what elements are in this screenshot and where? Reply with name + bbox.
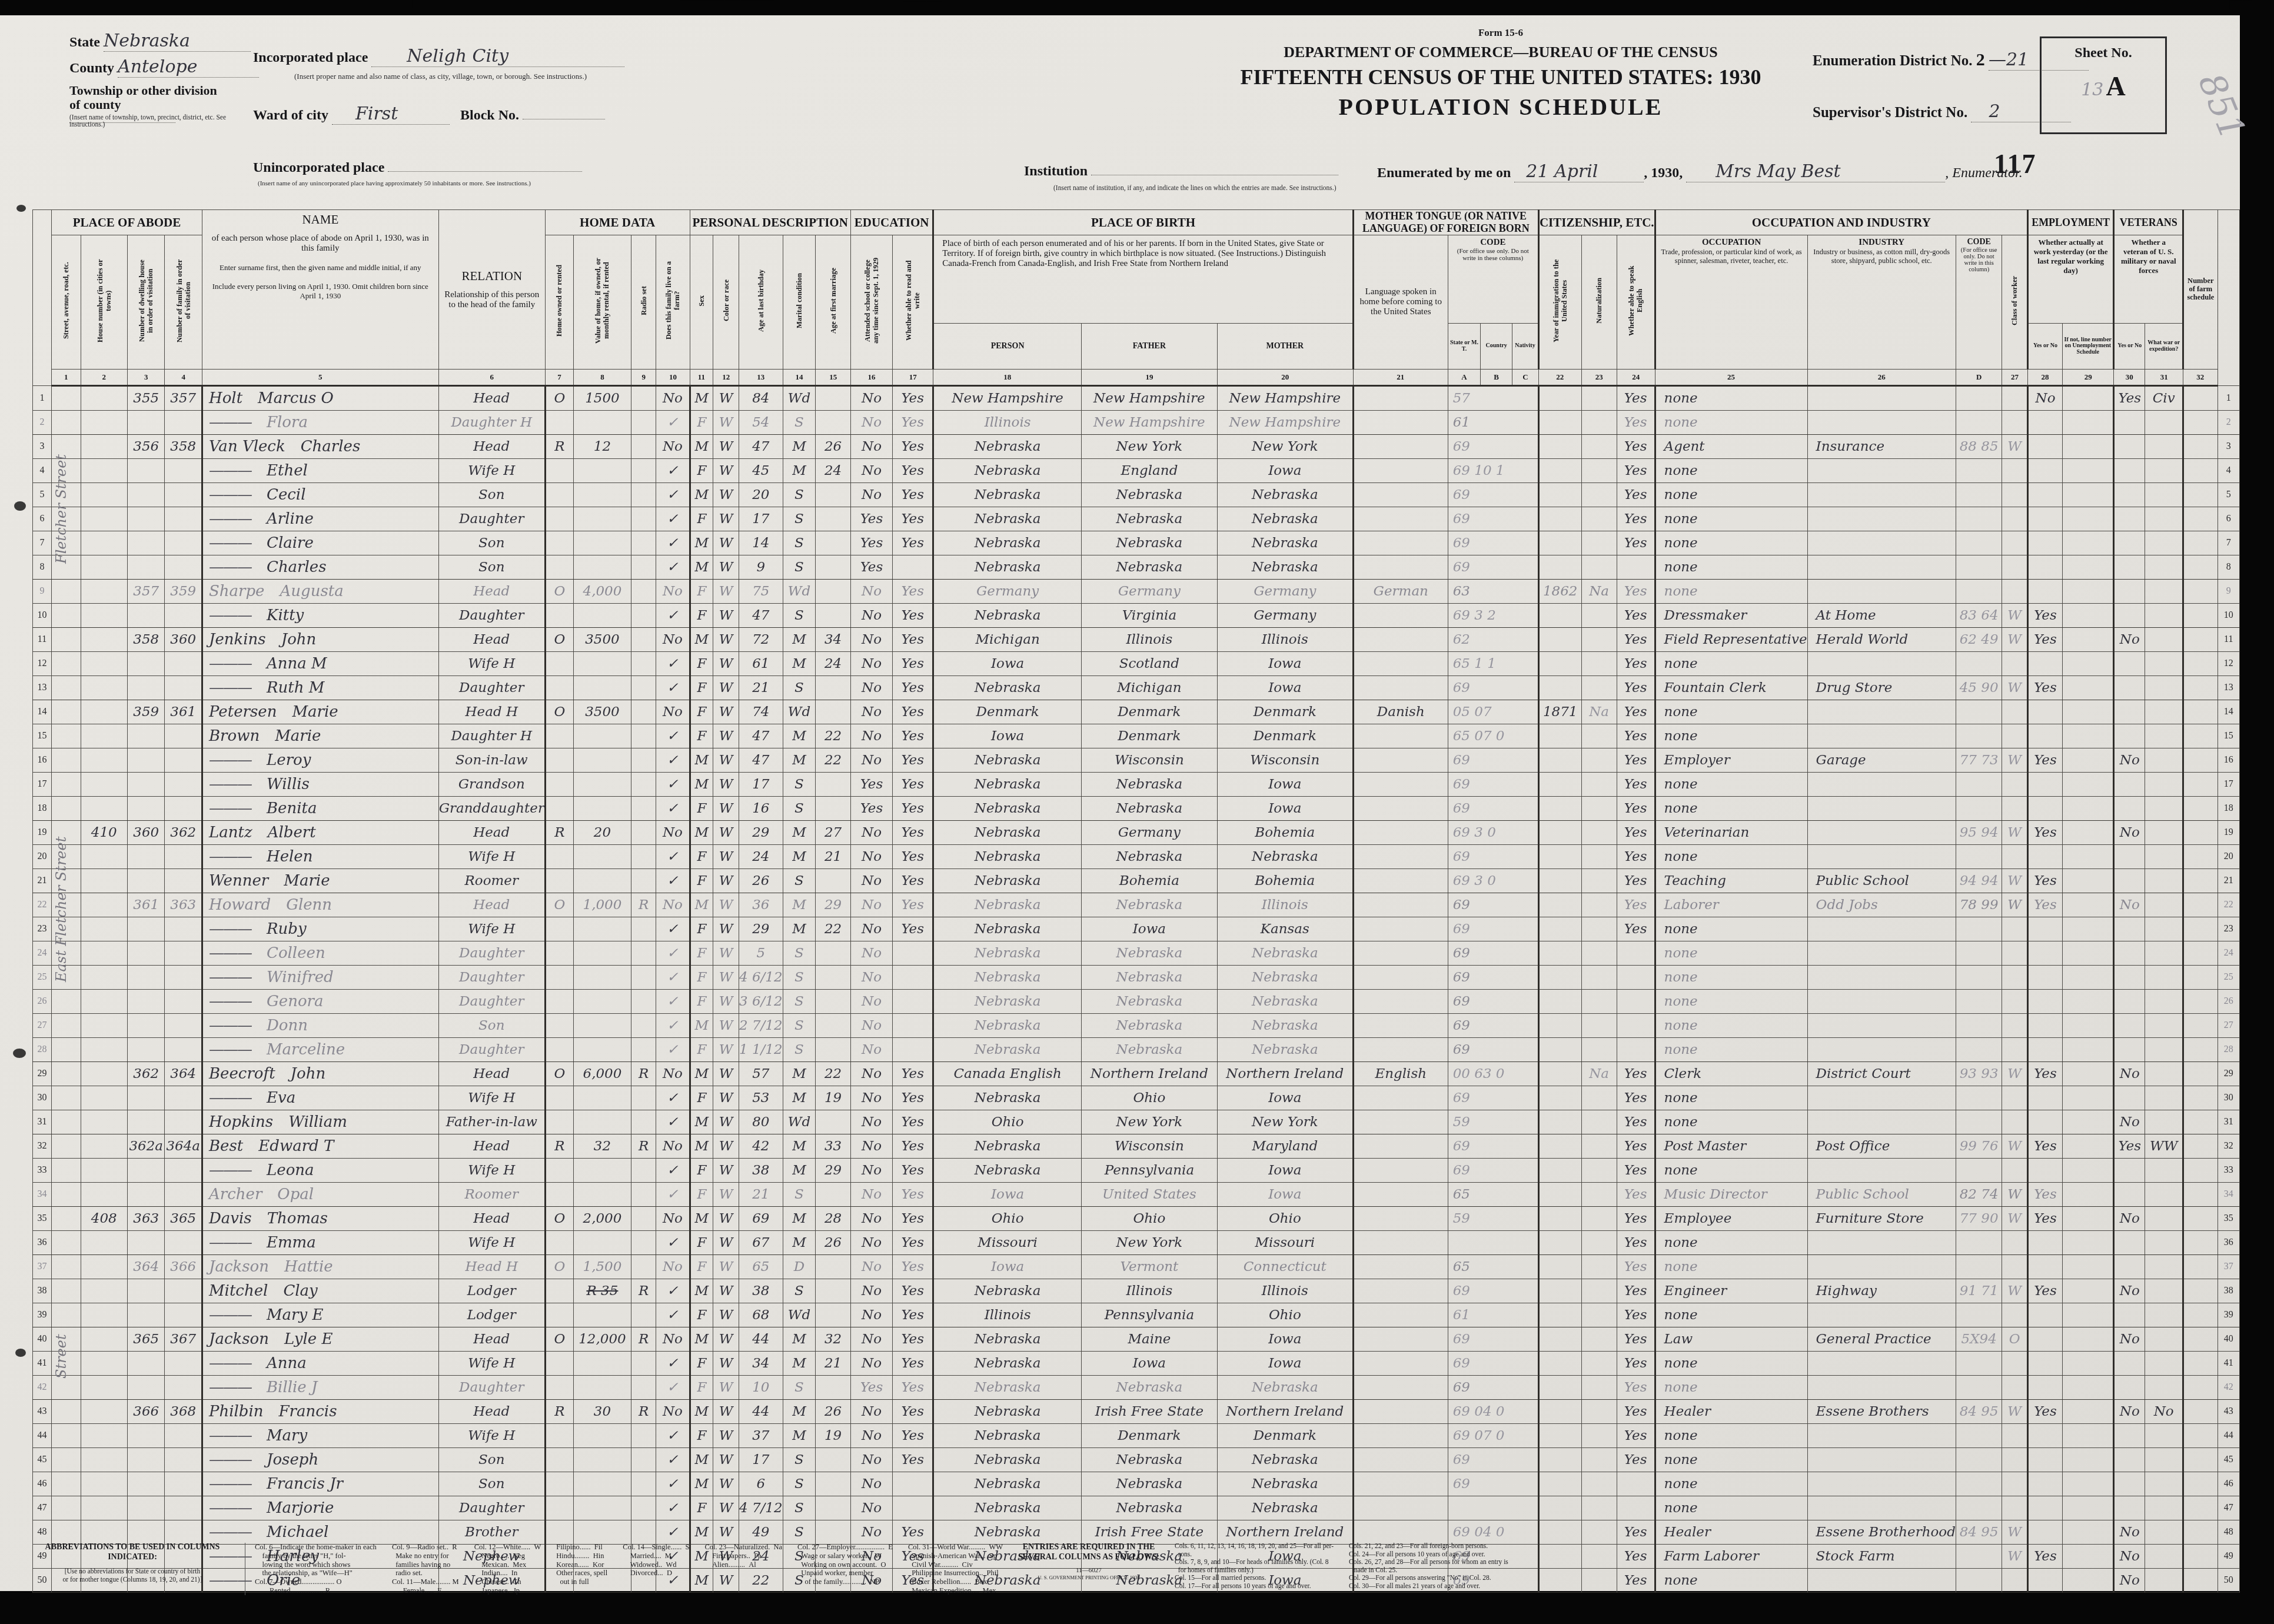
paper: State Nebraska County Antelope Township … bbox=[0, 15, 2240, 1591]
naturalization-cell bbox=[1581, 1014, 1617, 1038]
farm-schedule-cell bbox=[2183, 1303, 2218, 1327]
industry-cell: Furniture Store bbox=[1807, 1207, 1956, 1231]
sex-cell: F bbox=[690, 1255, 713, 1279]
sex-cell: M bbox=[690, 555, 713, 580]
table-header: PLACE OF ABODE NAME of each person whose… bbox=[33, 210, 2240, 386]
school-cell: No bbox=[850, 869, 892, 893]
owned-rented-cell bbox=[545, 1231, 573, 1255]
owned-rented-cell: R bbox=[545, 1134, 573, 1159]
school-cell: Yes bbox=[850, 1376, 892, 1400]
radio-cell bbox=[631, 604, 656, 628]
at-work-cell bbox=[2027, 1303, 2062, 1327]
name-cell: ———Leona bbox=[202, 1159, 438, 1183]
dwelling-cell bbox=[128, 652, 165, 676]
dwelling-cell bbox=[128, 1352, 165, 1376]
home-value-cell bbox=[574, 966, 631, 990]
table-row: 24———ColleenDaughter✓FW5SNoNebraskaNebra… bbox=[33, 941, 2240, 966]
table-row: 34ArcherOpalRoomer✓FW21SNoYesIowaUnited … bbox=[33, 1183, 2240, 1207]
occupation-cell: Engineer bbox=[1655, 1279, 1807, 1303]
mother-tongue-cell bbox=[1353, 604, 1448, 628]
farm-schedule-cell bbox=[2183, 773, 2218, 797]
line-number: 44 bbox=[33, 1424, 52, 1448]
owned-rented-cell bbox=[545, 555, 573, 580]
at-work-cell bbox=[2027, 1424, 2062, 1448]
table-row: 26———GenoraDaughter✓FW3 6/12SNoNebraskaN… bbox=[33, 990, 2240, 1014]
dwelling-cell bbox=[128, 411, 165, 435]
line-number: 11 bbox=[33, 628, 52, 652]
birthplace-person-cell: Nebraska bbox=[933, 966, 1082, 990]
birthplace-mother-cell: Iowa bbox=[1217, 1159, 1353, 1183]
table-row: 5———CecilSon✓MW20SNoYesNebraskaNebraskaN… bbox=[33, 483, 2240, 507]
birthplace-father-cell: Germany bbox=[1081, 821, 1217, 845]
line-number: 25 bbox=[33, 966, 52, 990]
birthplace-father-cell: Nebraska bbox=[1081, 1014, 1217, 1038]
veteran-cell bbox=[2114, 1038, 2145, 1062]
birthplace-mother-cell: Nebraska bbox=[1217, 990, 1353, 1014]
mother-tongue-cell bbox=[1353, 1520, 1448, 1545]
owned-rented-cell bbox=[545, 1159, 573, 1183]
class-of-worker-cell bbox=[2002, 459, 2028, 483]
office-code-cell: 65 07 0 bbox=[1448, 724, 1538, 748]
dwelling-cell: 361 bbox=[128, 893, 165, 917]
group-employment: EMPLOYMENT bbox=[2027, 210, 2114, 235]
naturalization-cell bbox=[1581, 1448, 1617, 1472]
birthplace-father-cell: Nebraska bbox=[1081, 941, 1217, 966]
office-code-cell: 69 bbox=[1448, 1376, 1538, 1400]
col-dwelling-number: Number of dwelling house in order of vis… bbox=[128, 235, 165, 370]
age-married-cell bbox=[816, 676, 851, 700]
supervisor-district-field: Supervisor's District No. 2 bbox=[1813, 101, 2071, 122]
naturalization-cell bbox=[1581, 1231, 1617, 1255]
occupation-cell: none bbox=[1655, 386, 1807, 411]
class-of-worker-cell bbox=[2002, 1472, 2028, 1496]
relation-cell: Daughter bbox=[438, 1038, 545, 1062]
war-cell bbox=[2145, 1448, 2183, 1472]
census-title: FIFTEENTH CENSUS OF THE UNITED STATES: 1… bbox=[1118, 65, 1883, 89]
table-row: 2———FloraDaughter H✓FW54SNoYesIllinoisNe… bbox=[33, 411, 2240, 435]
veteran-cell bbox=[2114, 435, 2145, 459]
race-cell: W bbox=[713, 917, 739, 941]
sex-cell: F bbox=[690, 1231, 713, 1255]
class-of-worker-cell: W bbox=[2002, 869, 2028, 893]
sex-cell: F bbox=[690, 966, 713, 990]
farm-cell: ✓ bbox=[656, 797, 690, 821]
veteran-cell bbox=[2114, 604, 2145, 628]
naturalization-cell bbox=[1581, 676, 1617, 700]
farm-schedule-cell bbox=[2183, 966, 2218, 990]
dwelling-cell bbox=[128, 966, 165, 990]
war-cell bbox=[2145, 941, 2183, 966]
radio-cell bbox=[631, 821, 656, 845]
age-cell: 84 bbox=[739, 386, 783, 411]
name-cell: ———Emma bbox=[202, 1231, 438, 1255]
table-row: 3356358Van VleckCharlesHeadR12NoMW47M26N… bbox=[33, 435, 2240, 459]
farm-schedule-cell bbox=[2183, 1231, 2218, 1255]
dwelling-cell bbox=[128, 748, 165, 773]
age-married-cell: 29 bbox=[816, 893, 851, 917]
class-of-worker-cell bbox=[2002, 1376, 2028, 1400]
occupation-cell: none bbox=[1655, 773, 1807, 797]
house-number-cell bbox=[81, 1327, 128, 1352]
industry-cell bbox=[1807, 1303, 1956, 1327]
immigration-year-cell bbox=[1538, 966, 1581, 990]
farm-schedule-cell bbox=[2183, 580, 2218, 604]
age-married-cell: 28 bbox=[816, 1207, 851, 1231]
speak-english-cell: Yes bbox=[1617, 869, 1655, 893]
dwelling-cell: 366 bbox=[128, 1400, 165, 1424]
industry-cell: At Home bbox=[1807, 604, 1956, 628]
line-number-right: 47 bbox=[2218, 1496, 2239, 1520]
birthplace-father-cell: Nebraska bbox=[1081, 990, 1217, 1014]
col-number: 27 bbox=[2002, 370, 2028, 386]
line-number: 46 bbox=[33, 1472, 52, 1496]
occupation-code-cell: 78 99 bbox=[1956, 893, 2002, 917]
sheet-number-value: 13 bbox=[2081, 79, 2103, 100]
naturalization-cell bbox=[1581, 724, 1617, 748]
mother-tongue-cell bbox=[1353, 1255, 1448, 1279]
house-number-cell bbox=[81, 1062, 128, 1086]
immigration-year-cell bbox=[1538, 1134, 1581, 1159]
class-of-worker-cell bbox=[2002, 990, 2028, 1014]
read-write-cell: Yes bbox=[893, 1086, 933, 1110]
read-write-cell: Yes bbox=[893, 1231, 933, 1255]
dwelling-cell bbox=[128, 1159, 165, 1183]
naturalization-cell bbox=[1581, 1038, 1617, 1062]
line-number: 48 bbox=[33, 1520, 52, 1545]
naturalization-cell: Na bbox=[1581, 700, 1617, 724]
name-cell: ———Willis bbox=[202, 773, 438, 797]
form-number: Form 15-6 bbox=[1118, 27, 1883, 39]
read-write-cell: Yes bbox=[893, 604, 933, 628]
age-cell: 44 bbox=[739, 1400, 783, 1424]
col-vet-yes-no: Yes or No bbox=[2114, 324, 2145, 370]
age-cell: 36 bbox=[739, 893, 783, 917]
owned-rented-cell bbox=[545, 869, 573, 893]
mother-tongue-cell bbox=[1353, 797, 1448, 821]
col-number: 12 bbox=[713, 370, 739, 386]
relation-cell: Son bbox=[438, 555, 545, 580]
immigration-year-cell bbox=[1538, 1520, 1581, 1545]
line-number: 45 bbox=[33, 1448, 52, 1472]
read-write-cell: Yes bbox=[893, 1303, 933, 1327]
veteran-cell bbox=[2114, 773, 2145, 797]
veteran-cell bbox=[2114, 1448, 2145, 1472]
naturalization-cell bbox=[1581, 1472, 1617, 1496]
table-row: 33———LeonaWife H✓FW38M29NoYesNebraskaPen… bbox=[33, 1159, 2240, 1183]
speak-english-cell: Yes bbox=[1617, 797, 1655, 821]
birthplace-father-cell: Scotland bbox=[1081, 652, 1217, 676]
relation-cell: Wife H bbox=[438, 1352, 545, 1376]
relation-cell: Daughter H bbox=[438, 411, 545, 435]
abbreviations-title-block: ABBREVIATIONS TO BE USED IN COLUMNS INDI… bbox=[35, 1543, 230, 1595]
birthplace-person-cell: Nebraska bbox=[933, 555, 1082, 580]
school-cell: No bbox=[850, 1279, 892, 1303]
marital-cell: Wd bbox=[783, 700, 816, 724]
farm-schedule-cell bbox=[2183, 724, 2218, 748]
table-row: 12———Anna MWife H✓FW61M24NoYesIowaScotla… bbox=[33, 652, 2240, 676]
marital-cell: M bbox=[783, 652, 816, 676]
age-married-cell bbox=[816, 1496, 851, 1520]
col-number: 11 bbox=[690, 370, 713, 386]
speak-english-cell: Yes bbox=[1617, 1134, 1655, 1159]
col-birthplace-father: FATHER bbox=[1081, 324, 1217, 370]
line-number-right: 27 bbox=[2218, 1014, 2239, 1038]
family-cell: 365 bbox=[165, 1207, 202, 1231]
birthplace-mother-cell: Germany bbox=[1217, 604, 1353, 628]
school-cell: No bbox=[850, 386, 892, 411]
age-cell: 53 bbox=[739, 1086, 783, 1110]
home-value-cell bbox=[574, 1086, 631, 1110]
house-number-cell bbox=[81, 869, 128, 893]
office-code-cell: 69 bbox=[1448, 893, 1538, 917]
name-cell: ———Ruth M bbox=[202, 676, 438, 700]
age-married-cell bbox=[816, 700, 851, 724]
farm-schedule-cell bbox=[2183, 531, 2218, 555]
race-cell: W bbox=[713, 990, 739, 1014]
naturalization-cell bbox=[1581, 797, 1617, 821]
occupation-code-cell bbox=[1956, 1014, 2002, 1038]
home-value-cell bbox=[574, 1231, 631, 1255]
occupation-cell: none bbox=[1655, 1014, 1807, 1038]
school-cell: No bbox=[850, 1352, 892, 1376]
footer-col12b: Filipino...... FilHindu........ HinKorea… bbox=[556, 1543, 607, 1595]
class-of-worker-cell bbox=[2002, 531, 2028, 555]
marital-cell: M bbox=[783, 1086, 816, 1110]
occupation-code-cell: 83 64 bbox=[1956, 604, 2002, 628]
birthplace-father-cell: New York bbox=[1081, 1231, 1217, 1255]
farm-cell: ✓ bbox=[656, 531, 690, 555]
farm-schedule-cell bbox=[2183, 604, 2218, 628]
unincorporated-field: Unincorporated place bbox=[253, 160, 582, 176]
house-number-cell bbox=[81, 1496, 128, 1520]
occupation-code-cell bbox=[1956, 1231, 2002, 1255]
street-name: East Fletcher Street bbox=[53, 797, 84, 1021]
birthplace-mother-cell: Illinois bbox=[1217, 628, 1353, 652]
age-married-cell: 19 bbox=[816, 1086, 851, 1110]
age-married-cell bbox=[816, 966, 851, 990]
sex-cell: M bbox=[690, 1279, 713, 1303]
age-married-cell bbox=[816, 604, 851, 628]
veteran-cell bbox=[2114, 797, 2145, 821]
veteran-cell bbox=[2114, 531, 2145, 555]
home-value-cell bbox=[574, 797, 631, 821]
home-value-cell bbox=[574, 459, 631, 483]
birthplace-person-cell: Nebraska bbox=[933, 869, 1082, 893]
sex-cell: M bbox=[690, 748, 713, 773]
col-race: Color or race bbox=[713, 235, 739, 370]
birthplace-father-cell: Michigan bbox=[1081, 676, 1217, 700]
occupation-code-cell: 77 90 bbox=[1956, 1207, 2002, 1231]
office-code-cell: 69 bbox=[1448, 797, 1538, 821]
footer-col23: Col. 23—Naturalized. Na First papers.. P… bbox=[705, 1543, 783, 1595]
age-cell: 24 bbox=[739, 845, 783, 869]
office-code-cell: 69 bbox=[1448, 1352, 1538, 1376]
war-cell bbox=[2145, 483, 2183, 507]
birthplace-father-cell: Nebraska bbox=[1081, 483, 1217, 507]
birthplace-father-cell: Illinois bbox=[1081, 628, 1217, 652]
table-row: 31HopkinsWilliamFather-in-law✓MW80WdNoYe… bbox=[33, 1110, 2240, 1134]
col-street: Street, avenue, road, etc. bbox=[51, 235, 81, 370]
farm-schedule-cell bbox=[2183, 1255, 2218, 1279]
radio-cell bbox=[631, 1424, 656, 1448]
radio-cell bbox=[631, 628, 656, 652]
population-schedule-table: PLACE OF ABODE NAME of each person whose… bbox=[32, 209, 2240, 1593]
office-code-cell: 69 3 0 bbox=[1448, 821, 1538, 845]
birthplace-father-cell: Denmark bbox=[1081, 724, 1217, 748]
naturalization-cell bbox=[1581, 1086, 1617, 1110]
marital-cell: M bbox=[783, 724, 816, 748]
marital-cell: D bbox=[783, 1255, 816, 1279]
age-married-cell bbox=[816, 1038, 851, 1062]
farm-schedule-cell bbox=[2183, 1062, 2218, 1086]
mother-tongue-cell bbox=[1353, 555, 1448, 580]
birthplace-mother-cell: New York bbox=[1217, 435, 1353, 459]
age-cell: 17 bbox=[739, 507, 783, 531]
unemployment-line-cell bbox=[2063, 941, 2114, 966]
speak-english-cell: Yes bbox=[1617, 845, 1655, 869]
birthplace-person-cell: Nebraska bbox=[933, 1279, 1082, 1303]
line-number: 4 bbox=[33, 459, 52, 483]
county-value: Antelope bbox=[118, 56, 197, 77]
occupation-cell: none bbox=[1655, 966, 1807, 990]
line-number: 1 bbox=[33, 386, 52, 411]
marital-cell: S bbox=[783, 773, 816, 797]
col-line-right bbox=[2218, 210, 2239, 386]
birthplace-father-cell: England bbox=[1081, 459, 1217, 483]
office-code-cell: 63 bbox=[1448, 580, 1538, 604]
marital-cell: S bbox=[783, 531, 816, 555]
birthplace-person-cell: Michigan bbox=[933, 628, 1082, 652]
mother-tongue-cell bbox=[1353, 386, 1448, 411]
age-cell: 9 bbox=[739, 555, 783, 580]
birthplace-person-cell: Missouri bbox=[933, 1231, 1082, 1255]
office-code-cell: 69 bbox=[1448, 990, 1538, 1014]
veteran-cell bbox=[2114, 845, 2145, 869]
col-number: 24 bbox=[1617, 370, 1655, 386]
family-cell: 363 bbox=[165, 893, 202, 917]
name-cell: HoltMarcus O bbox=[202, 386, 438, 411]
speak-english-cell bbox=[1617, 1038, 1655, 1062]
school-cell: No bbox=[850, 1472, 892, 1496]
home-value-cell bbox=[574, 1472, 631, 1496]
dwelling-cell bbox=[128, 1496, 165, 1520]
table-row: 13———Ruth MDaughter✓FW21SNoYesNebraskaMi… bbox=[33, 676, 2240, 700]
occupation-cell: Teaching bbox=[1655, 869, 1807, 893]
marital-cell: M bbox=[783, 748, 816, 773]
at-work-cell bbox=[2027, 507, 2062, 531]
industry-cell: Essene Brothers bbox=[1807, 1400, 1956, 1424]
veteran-cell bbox=[2114, 555, 2145, 580]
veteran-cell: No bbox=[2114, 1062, 2145, 1086]
veteran-cell bbox=[2114, 580, 2145, 604]
birthplace-mother-cell: Nebraska bbox=[1217, 1376, 1353, 1400]
home-value-cell: 32 bbox=[574, 1134, 631, 1159]
house-number-cell bbox=[81, 748, 128, 773]
marital-cell: M bbox=[783, 1424, 816, 1448]
name-cell: DavisThomas bbox=[202, 1207, 438, 1231]
street-cell bbox=[51, 628, 81, 652]
occupation-code-cell bbox=[1956, 724, 2002, 748]
race-cell: W bbox=[713, 459, 739, 483]
farm-cell: ✓ bbox=[656, 411, 690, 435]
school-cell: No bbox=[850, 604, 892, 628]
marital-cell: S bbox=[783, 483, 816, 507]
entries-required-block: ENTRIES ARE REQUIRED IN THE SEVERAL COLU… bbox=[1018, 1543, 1159, 1595]
name-cell: ———Genora bbox=[202, 990, 438, 1014]
occupation-code-cell bbox=[1956, 1424, 2002, 1448]
farm-schedule-cell bbox=[2183, 869, 2218, 893]
occupation-cell: Post Master bbox=[1655, 1134, 1807, 1159]
office-code-cell: 65 bbox=[1448, 1183, 1538, 1207]
line-number-right: 22 bbox=[2218, 893, 2239, 917]
veteran-cell bbox=[2114, 459, 2145, 483]
name-cell: ———Arline bbox=[202, 507, 438, 531]
table-row: 48———MichaelBrother✓MW49SNoYesNebraskaIr… bbox=[33, 1520, 2240, 1545]
age-cell: 65 bbox=[739, 1255, 783, 1279]
age-married-cell bbox=[816, 1520, 851, 1545]
line-number-right: 23 bbox=[2218, 917, 2239, 941]
owned-rented-cell bbox=[545, 845, 573, 869]
footer-col9-11: Col. 9—Radio set.. R Make no entry for f… bbox=[392, 1543, 459, 1595]
mother-tongue-cell bbox=[1353, 893, 1448, 917]
owned-rented-cell: R bbox=[545, 821, 573, 845]
line-number-right: 6 bbox=[2218, 507, 2239, 531]
occupation-code-cell: 95 94 bbox=[1956, 821, 2002, 845]
marital-cell: S bbox=[783, 966, 816, 990]
marital-cell: S bbox=[783, 797, 816, 821]
farm-cell: ✓ bbox=[656, 1038, 690, 1062]
marital-cell: Wd bbox=[783, 580, 816, 604]
war-cell bbox=[2145, 1327, 2183, 1352]
name-cell: ———Colleen bbox=[202, 941, 438, 966]
birthplace-father-cell: Nebraska bbox=[1081, 1496, 1217, 1520]
mother-tongue-cell: Danish bbox=[1353, 700, 1448, 724]
office-code-cell: 69 bbox=[1448, 917, 1538, 941]
group-veterans: VETERANS bbox=[2114, 210, 2183, 235]
house-number-cell bbox=[81, 1086, 128, 1110]
at-work-cell: No bbox=[2027, 386, 2062, 411]
home-value-cell bbox=[574, 652, 631, 676]
farm-cell: ✓ bbox=[656, 773, 690, 797]
home-value-cell bbox=[574, 724, 631, 748]
col-house-number: House number (in cities or towns) bbox=[81, 235, 128, 370]
race-cell: W bbox=[713, 797, 739, 821]
school-cell: No bbox=[850, 676, 892, 700]
age-cell: 38 bbox=[739, 1159, 783, 1183]
table-row: 30———EvaWife H✓FW53M19NoYesNebraskaOhioI… bbox=[33, 1086, 2240, 1110]
birthplace-father-cell: Nebraska bbox=[1081, 555, 1217, 580]
birthplace-person-cell: Nebraska bbox=[933, 1159, 1082, 1183]
birthplace-person-cell: Nebraska bbox=[933, 1376, 1082, 1400]
unemployment-line-cell bbox=[2063, 1255, 2114, 1279]
radio-cell bbox=[631, 531, 656, 555]
industry-cell bbox=[1807, 1424, 1956, 1448]
owned-rented-cell bbox=[545, 1352, 573, 1376]
immigration-year-cell bbox=[1538, 1086, 1581, 1110]
radio-cell bbox=[631, 845, 656, 869]
occupation-code-cell bbox=[1956, 700, 2002, 724]
immigration-year-cell bbox=[1538, 1400, 1581, 1424]
industry-cell bbox=[1807, 1110, 1956, 1134]
unemployment-line-cell bbox=[2063, 1086, 2114, 1110]
table-row: 25———WinifredDaughter✓FW4 6/12SNoNebrask… bbox=[33, 966, 2240, 990]
age-married-cell bbox=[816, 869, 851, 893]
name-cell: ———Mary bbox=[202, 1424, 438, 1448]
line-number-right: 50 bbox=[2218, 1569, 2239, 1593]
farm-schedule-cell bbox=[2183, 700, 2218, 724]
immigration-year-cell bbox=[1538, 1183, 1581, 1207]
street-name: Fletcher Street bbox=[53, 397, 84, 621]
